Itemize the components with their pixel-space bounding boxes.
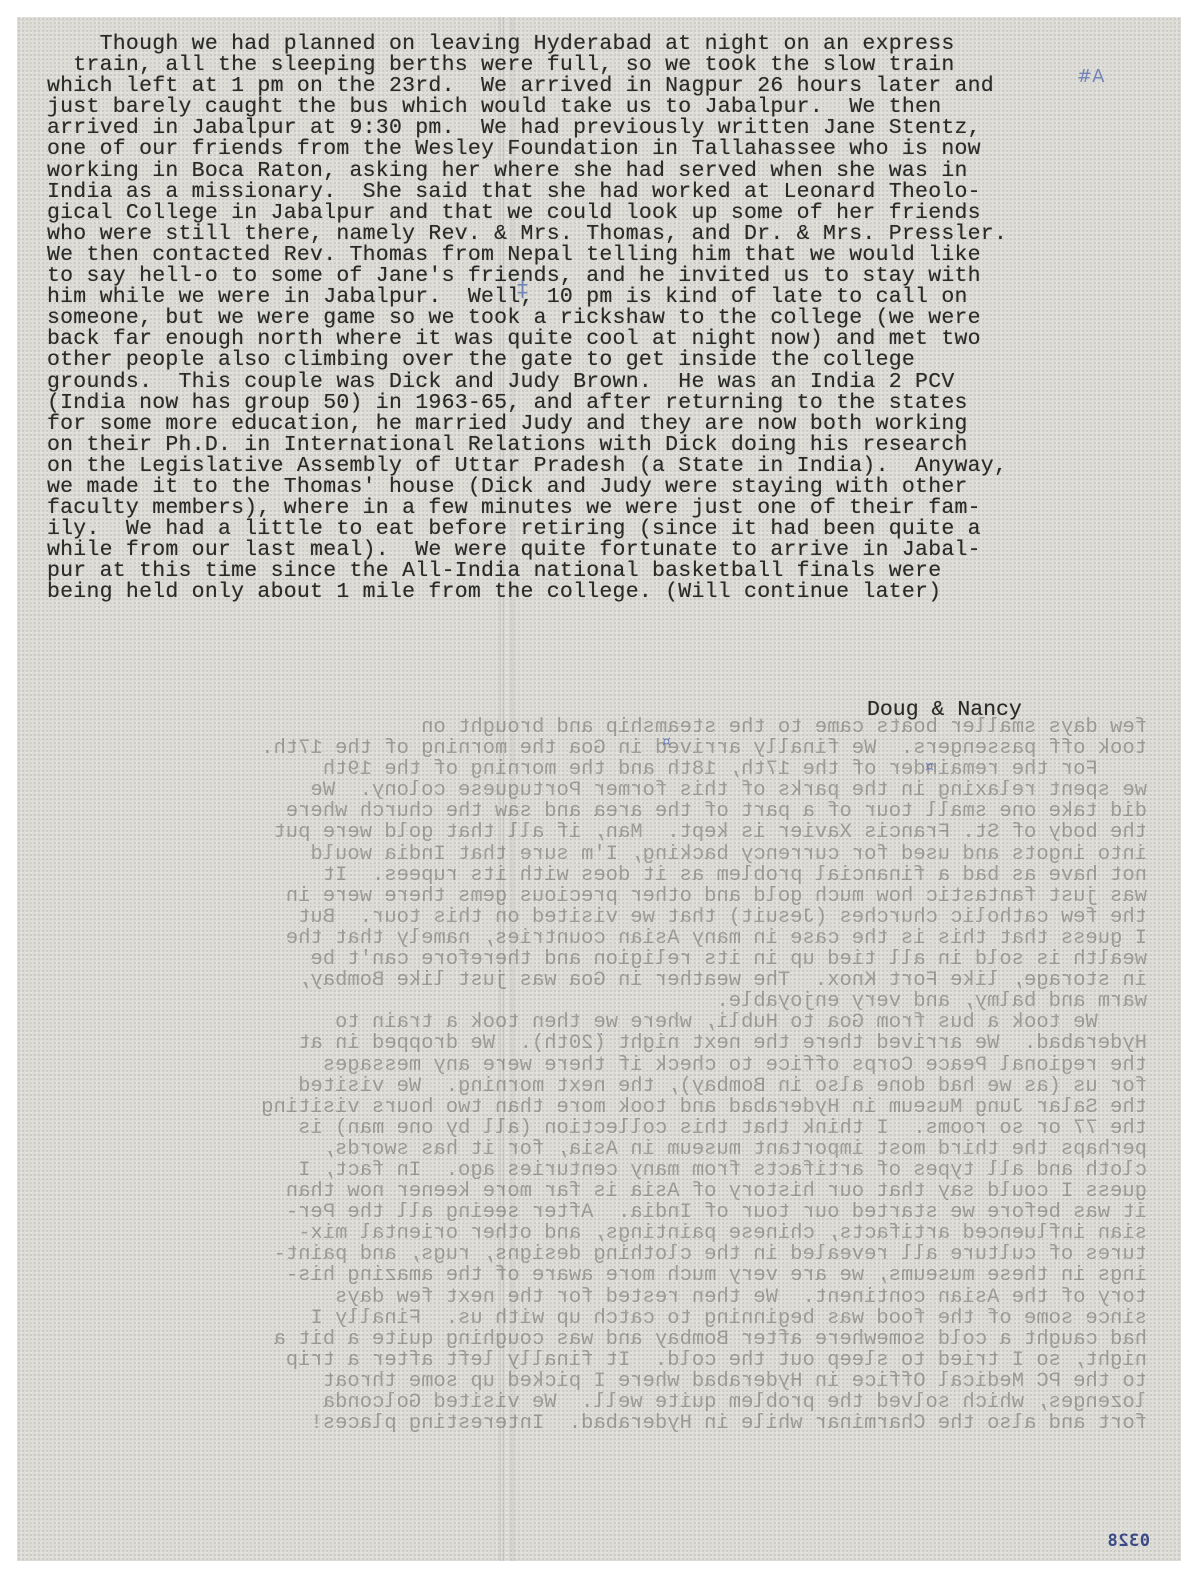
letter-line: on the Legislative Assembly of Uttar Pra…: [47, 456, 1007, 477]
show-through-line: guess I could say that our history of As…: [47, 1181, 1147, 1202]
show-through-line: I guess that this is the case in many As…: [47, 928, 1147, 949]
show-through-line: Hyderabad. We arrived there the next nig…: [47, 1033, 1147, 1054]
letter-line: we made it to the Thomas' house (Dick an…: [47, 477, 1007, 498]
letter-line: being held only about 1 mile from the co…: [47, 582, 1007, 603]
show-through-line: into ingots and used for currency backin…: [47, 844, 1147, 865]
show-through-line: not have as bad a financial problem as i…: [47, 865, 1147, 886]
letter-line: for some more education, he married Judy…: [47, 414, 1007, 435]
show-through-text-reverse-side: few days smaller boats came to the steam…: [47, 717, 1147, 1434]
letter-line: train, all the sleeping berths were full…: [47, 55, 1007, 76]
show-through-line: in storage, like Fort Knox. The weather …: [47, 970, 1147, 991]
letter-line: India as a missionary. She said that she…: [47, 182, 1007, 203]
handwritten-mark-top-right: #A: [1077, 66, 1104, 87]
show-through-line: cloth and all types of artifacts from ma…: [47, 1160, 1147, 1181]
show-through-line: warm and balmy, and very enjoyable.: [47, 991, 1147, 1012]
show-through-line: tory of the Asian continent. We then res…: [47, 1287, 1147, 1308]
show-through-line: tures of culture all revealed in the clo…: [47, 1244, 1147, 1265]
letter-line: working in Boca Raton, asking her where …: [47, 161, 1007, 182]
letter-line: while from our last meal). We were quite…: [47, 540, 1007, 561]
letter-line: back far enough north where it was quite…: [47, 329, 1007, 350]
show-through-line: sian influenced artifacts, chinese paint…: [47, 1223, 1147, 1244]
show-through-line: the few catholic churches (Jesuit) that …: [47, 907, 1147, 928]
show-through-line: was just fantastic how much gold and oth…: [47, 886, 1147, 907]
show-through-line: to the PC Medical Office in Hyderabad wh…: [47, 1371, 1147, 1392]
show-through-line: the Salar Jung Museum in Hyderabad and t…: [47, 1097, 1147, 1118]
letter-line: just barely caught the bus which would t…: [47, 97, 1007, 118]
show-through-line: fort and also the Charminar while in Hyd…: [47, 1413, 1147, 1434]
letter-line: on their Ph.D. in International Relation…: [47, 435, 1007, 456]
letter-line: arrived in Jabalpur at 9:30 pm. We had p…: [47, 118, 1007, 139]
show-through-line: perhaps the third most important museum …: [47, 1139, 1147, 1160]
letter-line: gical College in Jabalpur and that we co…: [47, 203, 1007, 224]
show-through-line: the body of St. Francis Xavier is kept. …: [47, 822, 1147, 843]
letter-line: ily. We had a little to eat before retir…: [47, 519, 1007, 540]
handwritten-caret-mark: ‡: [517, 277, 528, 302]
show-through-line: it was before we started our tour of Ind…: [47, 1202, 1147, 1223]
letter-line: We then contacted Rev. Thomas from Nepal…: [47, 245, 1007, 266]
show-through-line: the regional Peace Corps office to check…: [47, 1055, 1147, 1076]
letter-line: who were still there, namely Rev. & Mrs.…: [47, 224, 1007, 245]
letter-line: someone, but we were game so we took a r…: [47, 308, 1007, 329]
letter-line: grounds. This couple was Dick and Judy B…: [47, 372, 1007, 393]
page-stamp-number: 0328: [1107, 1531, 1150, 1551]
letter-line: other people also climbing over the gate…: [47, 350, 1007, 371]
show-through-line: took off passengers. We finally arrived …: [47, 738, 1147, 759]
show-through-line: For the remainder of the 17th, 18th and …: [47, 759, 1147, 780]
show-through-line: for us (as we had done also in Bombay), …: [47, 1076, 1147, 1097]
letter-line: one of our friends from the Wesley Found…: [47, 139, 1007, 160]
ink-speck: ¤: [662, 734, 671, 750]
letter-line: (India now has group 50) in 1963-65, and…: [47, 393, 1007, 414]
show-through-line: since some of the food was beginning to …: [47, 1308, 1147, 1329]
show-through-line: ings in these museums, we are very much …: [47, 1265, 1147, 1286]
show-through-line: we spent relaxing in the parks of this f…: [47, 780, 1147, 801]
show-through-line: We took a bus from Goa to Hubli, where w…: [47, 1012, 1147, 1033]
ink-speck: ·: [599, 1027, 603, 1043]
letter-line: Though we had planned on leaving Hyderab…: [47, 34, 1007, 55]
signature: Doug & Nancy: [867, 698, 1022, 722]
show-through-line: wealth is sold in all tied up in its rel…: [47, 949, 1147, 970]
letter-line: pur at this time since the All-India nat…: [47, 561, 1007, 582]
show-through-line: did take one small tour of a part of the…: [47, 801, 1147, 822]
ink-speck: ¤: [925, 759, 934, 775]
show-through-line: lozenges, which solved the problem quite…: [47, 1392, 1147, 1413]
show-through-line: night, so I tried to sleep out the cold.…: [47, 1350, 1147, 1371]
show-through-line: the 77 or so rooms. I think that this co…: [47, 1118, 1147, 1139]
letter-line: which left at 1 pm on the 23rd. We arriv…: [47, 76, 1007, 97]
show-through-line: had caught a cold somewhere after Bombay…: [47, 1329, 1147, 1350]
letter-page: few days smaller boats came to the steam…: [17, 17, 1181, 1561]
letter-line: faculty members), where in a few minutes…: [47, 498, 1007, 519]
letter-body: Though we had planned on leaving Hyderab…: [47, 34, 1007, 604]
